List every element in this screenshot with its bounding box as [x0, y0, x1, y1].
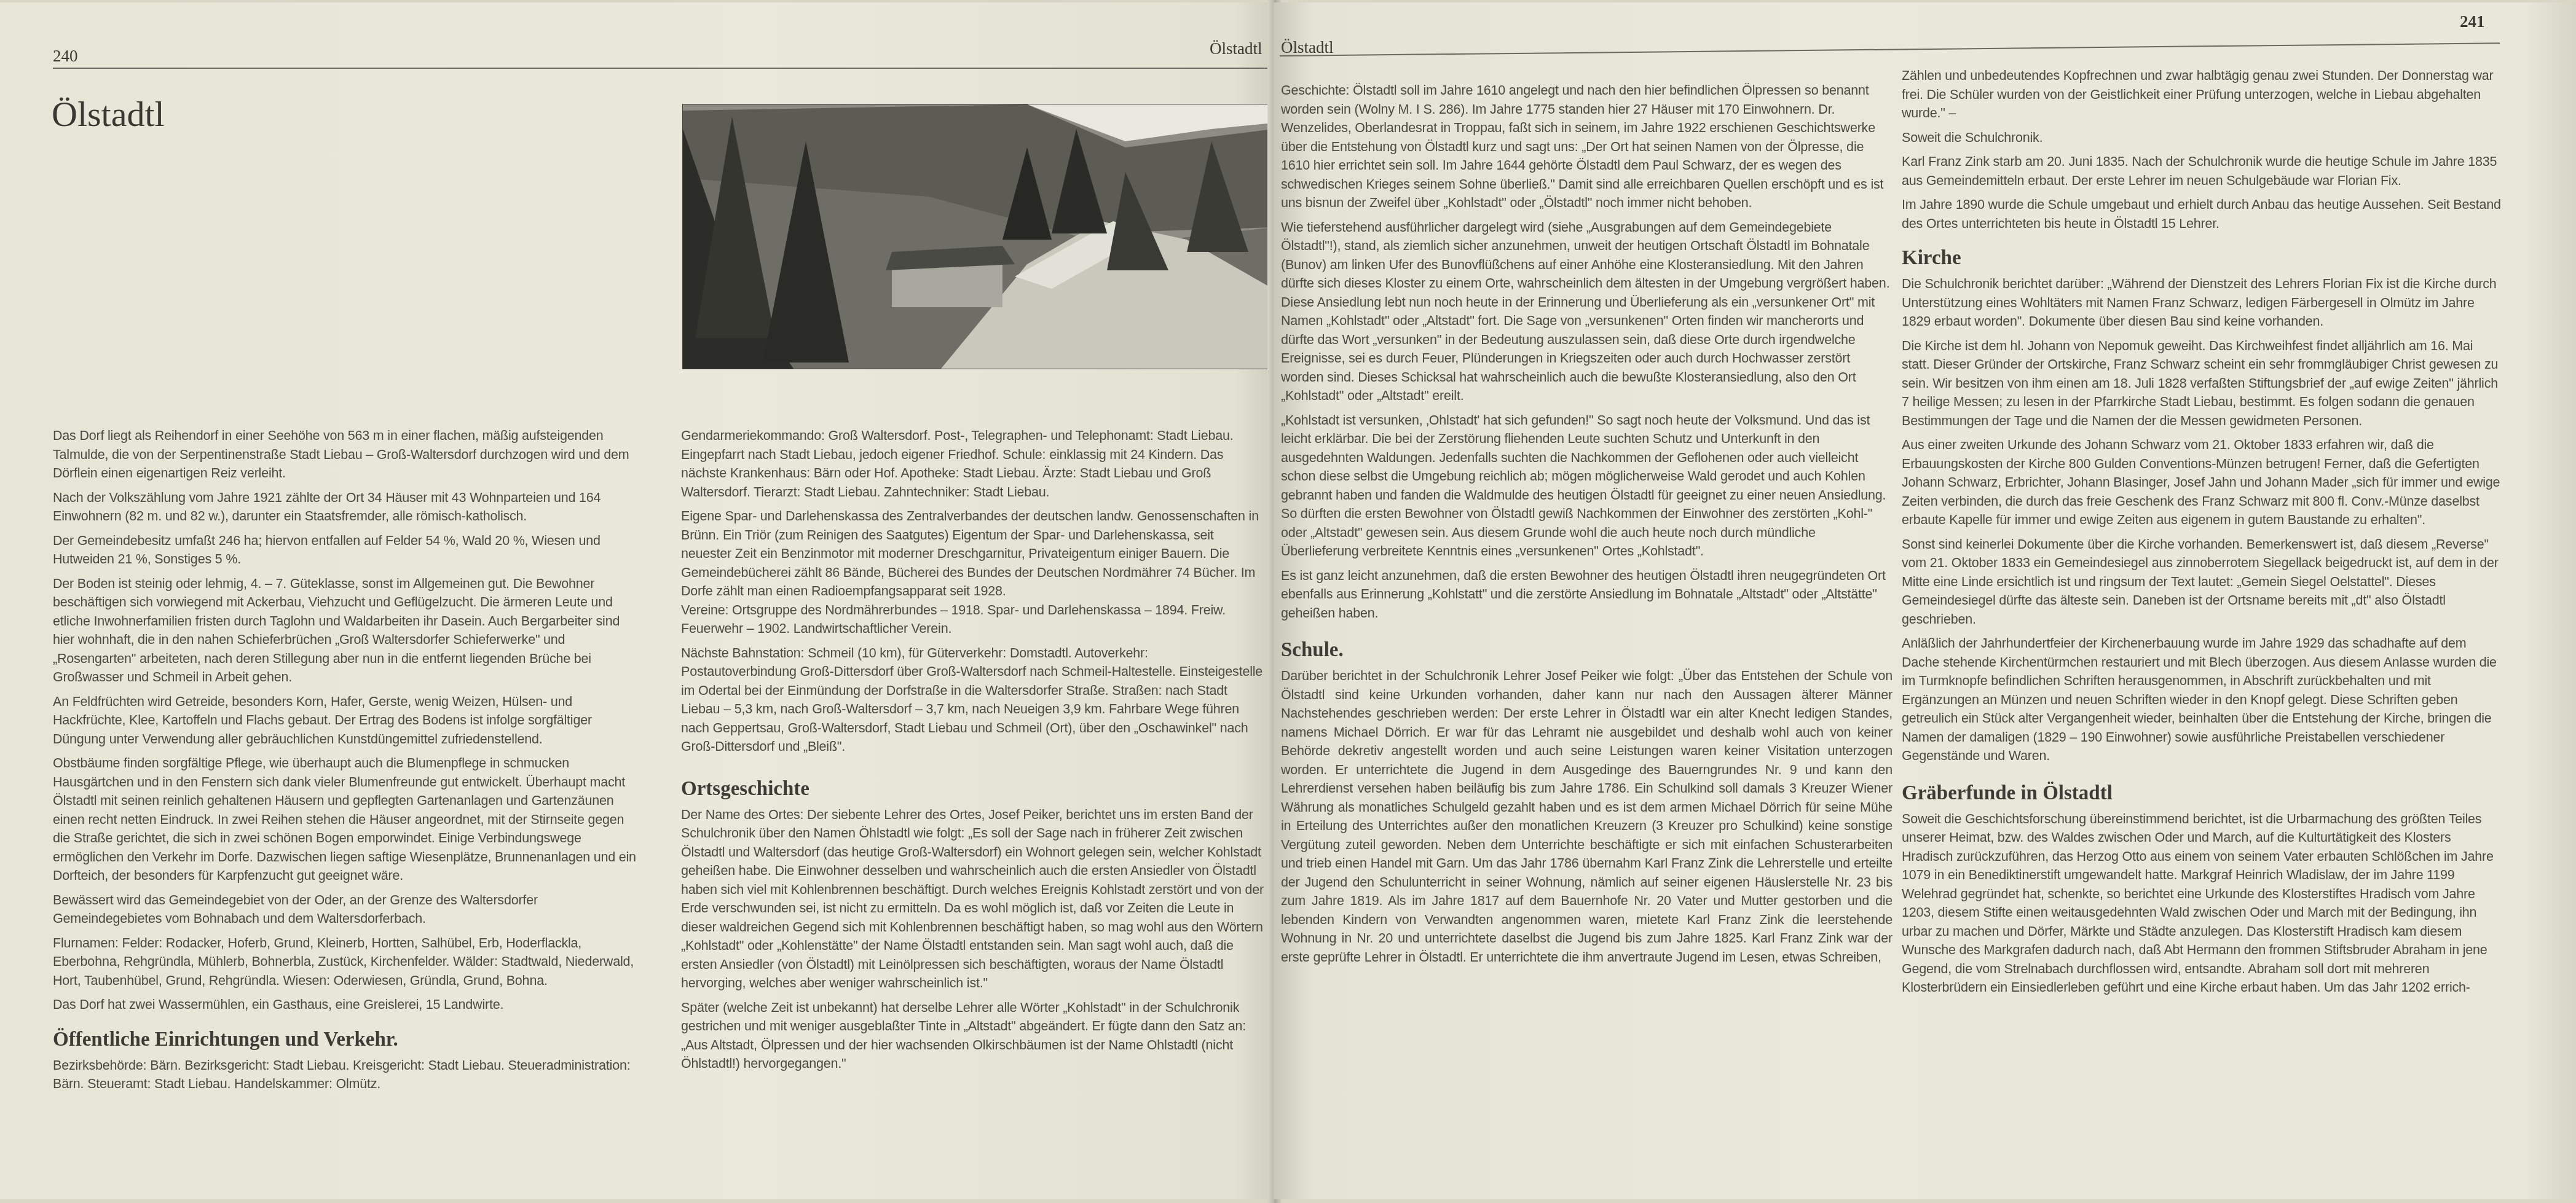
column-left-2: Gendarmeriekommando: Groß Waltersdorf. P… — [681, 426, 1266, 1079]
page-number-right: 241 — [2460, 12, 2485, 31]
paragraph: Anläßlich der Jahrhundertfeier der Kirch… — [1902, 634, 2501, 766]
landscape-photo-icon — [683, 104, 1273, 369]
paragraph: „Kohlstadt ist versunken, ‚Ohlstadt' hat… — [1281, 411, 1893, 561]
paragraph: Vereine: Ortsgruppe des Nordmährerbundes… — [681, 601, 1266, 638]
section-heading-schule: Schule. — [1281, 638, 1893, 662]
paragraph: Das Dorf liegt als Reihendorf in einer S… — [53, 426, 643, 483]
paragraph: Es ist ganz leicht anzunehmen, daß die e… — [1281, 566, 1893, 623]
paragraph: An Feldfrüchten wird Getreide, besonders… — [53, 692, 643, 749]
running-head-left: Ölstadtl — [1210, 39, 1262, 58]
paragraph: Die Kirche ist dem hl. Johann von Nepomu… — [1902, 337, 2501, 431]
paragraph: Karl Franz Zink starb am 20. Juni 1835. … — [1902, 152, 2501, 190]
paragraph: Obstbäume finden sorgfältige Pflege, wie… — [53, 754, 643, 885]
left-page: 240 Ölstadtl Ölstadtl Das Dorf liegt als… — [0, 2, 1274, 1199]
column-right-2: Zählen und unbedeutendes Kopfrechnen und… — [1902, 66, 2501, 1003]
paragraph: Flurnamen: Felder: Rodacker, Hoferb, Gru… — [53, 934, 643, 990]
column-right-1: Geschichte: Ölstadtl soll im Jahre 1610 … — [1281, 81, 1893, 972]
paragraph: Geschichte: Ölstadtl soll im Jahre 1610 … — [1281, 81, 1893, 213]
paragraph: Bewässert wird das Gemeindegebiet von de… — [53, 891, 643, 928]
section-heading-public-institutions: Öffentliche Einrichtungen und Verkehr. — [53, 1028, 643, 1051]
section-heading-kirche: Kirche — [1902, 246, 2501, 270]
column-left-1: Das Dorf liegt als Reihendorf in einer S… — [53, 426, 643, 1099]
paragraph: Soweit die Schulchronik. — [1902, 128, 2501, 147]
village-photo — [682, 104, 1274, 369]
paragraph: Der Boden ist steinig oder lehmig, 4. – … — [53, 574, 643, 687]
paragraph: Das Dorf hat zwei Wassermühlen, ein Gast… — [53, 995, 643, 1014]
paragraph: Der Name des Ortes: Der siebente Lehrer … — [681, 805, 1266, 993]
header-rule-left — [53, 68, 1274, 69]
paragraph: Nächste Bahnstation: Schmeil (10 km), fü… — [681, 644, 1266, 756]
section-heading-ortsgeschichte: Ortsgeschichte — [681, 777, 1266, 801]
paragraph: Eigene Spar- und Darlehenskassa des Zent… — [681, 507, 1266, 601]
paragraph: Wie tieferstehend ausführlicher dargeleg… — [1281, 218, 1893, 406]
page-title: Ölstadtl — [52, 93, 165, 135]
paragraph: Später (welche Zeit ist unbekannt) hat d… — [681, 998, 1266, 1073]
paragraph: Darüber berichtet in der Schulchronik Le… — [1281, 667, 1893, 966]
paragraph: Sonst sind keinerlei Dokumente über die … — [1902, 535, 2501, 629]
paragraph: Soweit die Geschichtsforschung übereinst… — [1902, 810, 2501, 997]
paragraph: Bezirksbehörde: Bärn. Bezirksgericht: St… — [53, 1056, 643, 1094]
paragraph: Aus einer zweiten Urkunde des Johann Sch… — [1902, 436, 2501, 530]
page-number-left: 240 — [53, 47, 78, 66]
paragraph: Die Schulchronik berichtet darüber: „Wäh… — [1902, 275, 2501, 331]
paragraph: Gendarmeriekommando: Groß Waltersdorf. P… — [681, 426, 1266, 501]
section-heading-graeberfunde: Gräberfunde in Ölstadtl — [1902, 782, 2501, 805]
paragraph: Zählen und unbedeutendes Kopfrechnen und… — [1902, 66, 2501, 123]
paragraph: Im Jahre 1890 wurde die Schule umgebaut … — [1902, 195, 2501, 233]
paragraph: Nach der Volkszählung vom Jahre 1921 zäh… — [53, 488, 643, 526]
header-rule-right — [1280, 42, 2500, 57]
right-page: Ölstadtl 241 Geschichte: Ölstadtl soll i… — [1274, 2, 2576, 1199]
paragraph: Der Gemeindebesitz umfaßt 246 ha; hiervo… — [53, 531, 643, 569]
